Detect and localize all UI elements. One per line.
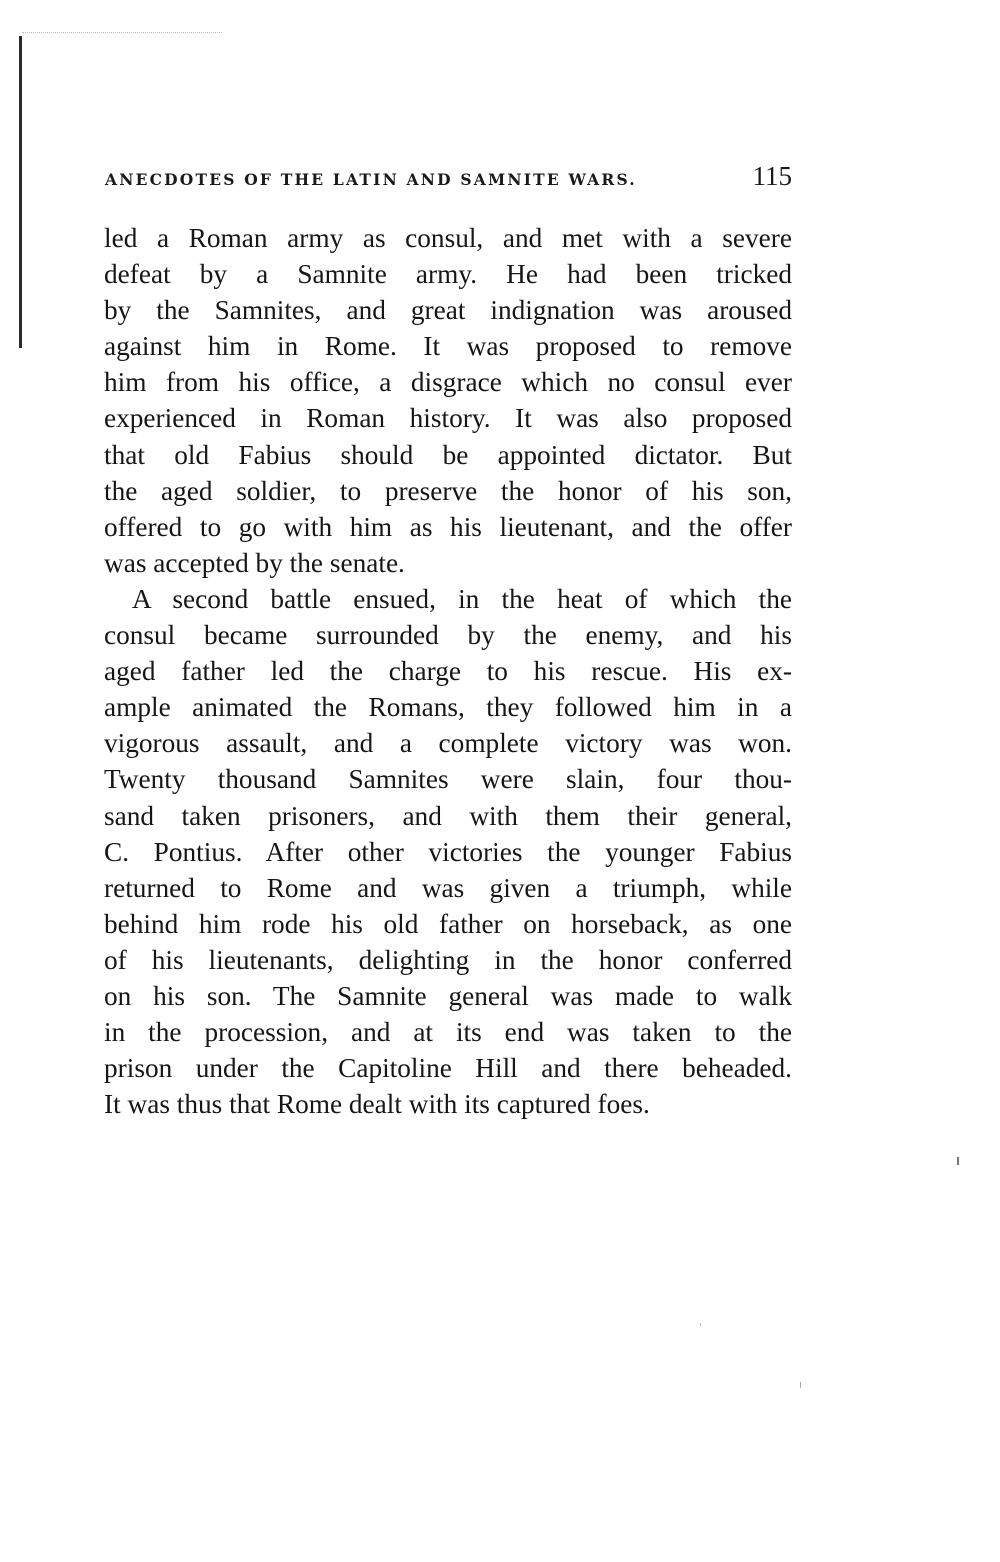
paragraph-1: led a Roman army as consul, and met with… [104, 220, 792, 581]
text-line: prison under the Capitoline Hill and the… [104, 1050, 792, 1086]
text-line: on his son. The Samnite general was made… [104, 978, 792, 1014]
text-line: offered to go with him as his lieutenant… [104, 509, 792, 545]
text-line: by the Samnites, and great indignation w… [104, 292, 792, 328]
text-line: consul became surrounded by the enemy, a… [104, 617, 792, 653]
text-line: It was thus that Rome dealt with its cap… [104, 1086, 792, 1122]
text-line: vigorous assault, and a complete victory… [104, 725, 792, 761]
running-head-title: ANECDOTES OF THE LATIN AND SAMNITE WARS. [105, 170, 637, 189]
text-line: defeat by a Samnite army. He had been tr… [104, 256, 792, 292]
text-line: of his lieutenants, delighting in the ho… [104, 942, 792, 978]
text-line: aged father led the charge to his rescue… [104, 653, 792, 689]
text-line: led a Roman army as consul, and met with… [104, 220, 792, 256]
scan-speck [957, 1157, 959, 1165]
text-line: C. Pontius. After other victories the yo… [104, 834, 792, 870]
running-head: ANECDOTES OF THE LATIN AND SAMNITE WARS.… [105, 161, 792, 193]
text-line: sand taken prisoners, and with them thei… [104, 798, 792, 834]
scan-artifact-top [22, 32, 222, 34]
text-line: behind him rode his old father on horseb… [104, 906, 792, 942]
page-binding-edge [19, 36, 22, 348]
body-text: led a Roman army as consul, and met with… [104, 220, 792, 1122]
text-line: the aged soldier, to preserve the honor … [104, 473, 792, 509]
text-line: ample animated the Romans, they followed… [104, 689, 792, 725]
page-number: 115 [753, 161, 793, 192]
text-line: A second battle ensued, in the heat of w… [104, 581, 792, 617]
text-line: him from his office, a disgrace which no… [104, 364, 792, 400]
scan-speck [700, 1323, 701, 1326]
text-line: against him in Rome. It was proposed to … [104, 328, 792, 364]
text-line: Twenty thousand Samnites were slain, fou… [104, 761, 792, 797]
text-line: in the procession, and at its end was ta… [104, 1014, 792, 1050]
paragraph-2: A second battle ensued, in the heat of w… [104, 581, 792, 1122]
text-line: that old Fabius should be appointed dict… [104, 437, 792, 473]
text-line: experienced in Roman history. It was als… [104, 400, 792, 436]
text-line: returned to Rome and was given a triumph… [104, 870, 792, 906]
text-line: was accepted by the senate. [104, 545, 792, 581]
scan-speck [800, 1382, 801, 1388]
